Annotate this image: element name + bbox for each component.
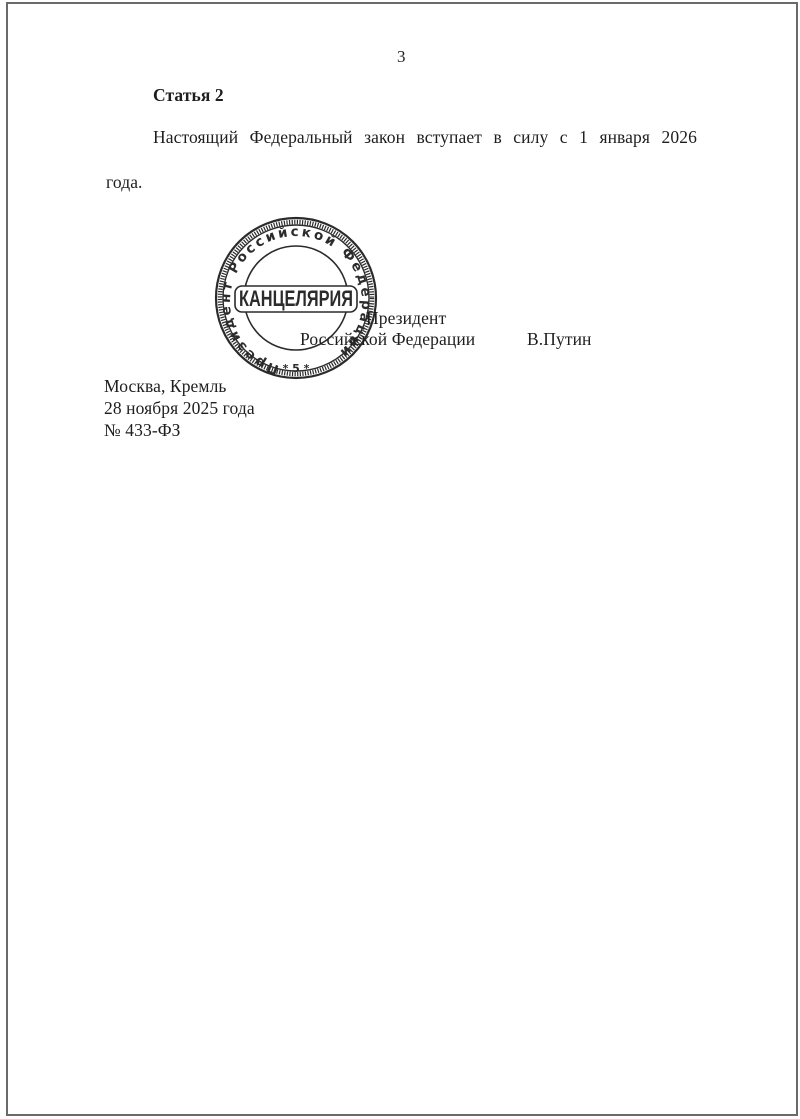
law-number: № 433-ФЗ xyxy=(104,422,181,440)
article-body-line-2: года. xyxy=(106,174,143,192)
signatory-organization: Российской Федерации xyxy=(300,331,475,349)
article-body-line-1: НастоящийФедеральныйзаконвступаетвсилус1… xyxy=(153,129,697,147)
page-frame xyxy=(6,2,798,1116)
body-word: 2026 xyxy=(662,129,697,147)
body-word: в xyxy=(493,129,501,147)
signing-date: 28 ноября 2025 года xyxy=(104,400,255,418)
official-seal-icon: Президент Российской Федерации КАНЦЕЛЯРИ… xyxy=(211,216,381,380)
signatory-title: Президент xyxy=(366,310,446,328)
body-word: Настоящий xyxy=(153,129,238,147)
body-word: 1 xyxy=(579,129,588,147)
body-word: Федеральный xyxy=(250,129,353,147)
body-word: с xyxy=(560,129,568,147)
article-heading: Статья 2 xyxy=(153,87,224,105)
page-number: 3 xyxy=(397,48,406,65)
svg-text:КАНЦЕЛЯРИЯ: КАНЦЕЛЯРИЯ xyxy=(239,287,353,312)
body-word: силу xyxy=(513,129,548,147)
svg-text:* 5 *: * 5 * xyxy=(283,362,310,375)
body-word: вступает xyxy=(417,129,482,147)
signing-place: Москва, Кремль xyxy=(104,378,227,396)
body-word: закон xyxy=(364,129,405,147)
body-word: января xyxy=(599,129,650,147)
signatory-name: В.Путин xyxy=(527,331,592,349)
